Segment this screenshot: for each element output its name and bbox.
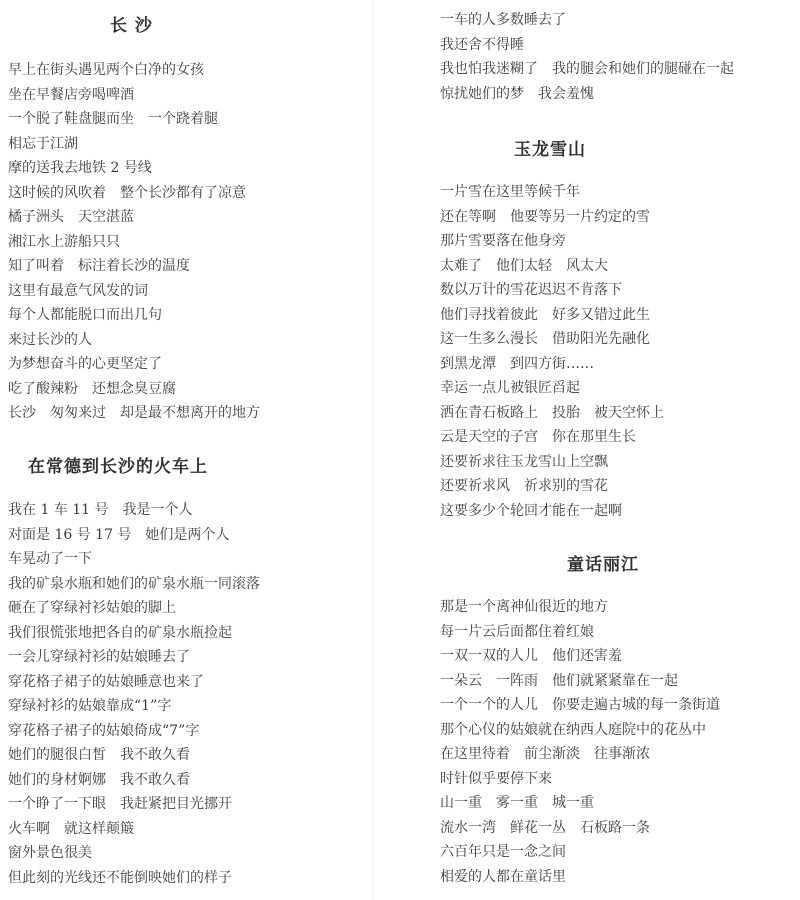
poem-line: 一个睁了一下眼 我赶紧把目光挪开 — [8, 795, 232, 813]
poem-line: 到黑龙潭 到四方街…… — [440, 355, 594, 373]
poem-line: 车晃动了一下 — [8, 550, 92, 568]
poem-line: 洒在青石板路上 投胎 被天空怀上 — [440, 404, 664, 422]
poem-title-changsha: 长 沙 — [110, 11, 153, 36]
poem-line: 惊扰她们的梦 我会羞愧 — [440, 85, 594, 103]
poem-line: 摩的送我去地铁 2 号线 — [8, 159, 152, 177]
poem-line: 这一生多么漫长 借助阳光先融化 — [440, 330, 650, 348]
poem-line: 每一片云后面都住着红娘 — [440, 623, 594, 641]
poem-line: 那片雪要落在他身旁 — [440, 232, 566, 250]
poem-line: 坐在早餐店旁喝啤酒 — [8, 86, 134, 104]
poem-line: 相忘于江湖 — [8, 135, 78, 153]
poem-line: 她们的身材婀娜 我不敢久看 — [8, 771, 190, 789]
poem-line: 太难了 他们太轻 风太大 — [440, 257, 608, 275]
poem-line: 山一重 雾一重 城一重 — [440, 794, 594, 812]
poem-line: 云是天空的子宫 你在那里生长 — [440, 428, 636, 446]
poem-line: 来过长沙的人 — [8, 331, 92, 349]
poem-line: 窗外景色很美 — [8, 844, 92, 862]
poem-line: 一片雪在这里等候千年 — [440, 183, 580, 201]
poem-line: 数以万计的雪花迟迟不肯落下 — [440, 281, 622, 299]
poem-line: 但此刻的光线还不能倒映她们的样子 — [8, 869, 232, 887]
poem-line: 还要祈求往玉龙雪山上空飘 — [440, 453, 608, 471]
poem-line: 一会儿穿绿衬衫的姑娘睡去了 — [8, 648, 190, 666]
poem-line: 一双一双的人儿 他们还害羞 — [440, 647, 622, 665]
poem-line: 我们很慌张地把各自的矿泉水瓶捡起 — [8, 624, 232, 642]
poem-line: 这时候的风吹着 整个长沙都有了凉意 — [8, 184, 246, 202]
poem-line: 那是一个离神仙很近的地方 — [440, 598, 608, 616]
poem-title-train: 在常德到长沙的火车上 — [28, 452, 208, 477]
poem-line: 一朵云 一阵雨 他们就紧紧靠在一起 — [440, 672, 678, 690]
poem-line: 那个心仪的姑娘就在纳西人庭院中的花丛中 — [440, 721, 706, 739]
poem-line: 一车的人多数睡去了 — [440, 11, 566, 29]
poem-line: 还在等啊 他要等另一片约定的雪 — [440, 208, 650, 226]
poem-line: 火车啊 就这样颠簸 — [8, 820, 134, 838]
poem-line: 穿花格子裙子的姑娘睡意也来了 — [8, 673, 204, 691]
poem-line: 早上在街头遇见两个白净的女孩 — [8, 61, 204, 79]
poem-line: 橘子洲头 天空湛蓝 — [8, 208, 134, 226]
poem-line: 知了叫着 标注着长沙的温度 — [8, 257, 190, 275]
poem-line: 我还舍不得睡 — [440, 36, 524, 54]
poem-line: 这要多少个轮回才能在一起啊 — [440, 502, 622, 520]
poem-line: 为梦想奋斗的心更坚定了 — [8, 355, 162, 373]
poem-line: 穿花格子裙子的姑娘倚成“7”字 — [8, 722, 199, 740]
poem-line: 我在 1 车 11 号 我是一个人 — [8, 501, 193, 519]
poem-line: 相爱的人都在童话里 — [440, 868, 566, 886]
poem-line: 这里有最意气风发的词 — [8, 282, 148, 300]
poem-line: 湘江水上游船只只 — [8, 233, 120, 251]
poem-line: 对面是 16 号 17 号 她们是两个人 — [8, 526, 229, 544]
poem-line: 我的矿泉水瓶和她们的矿泉水瓶一同滚落 — [8, 575, 260, 593]
poem-line: 流水一湾 鲜花一丛 石板路一条 — [440, 819, 650, 837]
poem-line: 穿绿衬衫的姑娘靠成“1”字 — [8, 697, 171, 715]
column-divider — [372, 0, 373, 900]
poem-line: 在这里待着 前尘渐淡 往事渐浓 — [440, 745, 650, 763]
poem-title-jade-dragon: 玉龙雪山 — [514, 135, 586, 160]
poem-line: 我也怕我迷糊了 我的腿会和她们的腿碰在一起 — [440, 60, 734, 78]
poem-line: 吃了酸辣粉 还想念臭豆腐 — [8, 380, 176, 398]
poem-line: 每个人都能脱口而出几句 — [8, 306, 162, 324]
poem-line: 她们的腿很白皙 我不敢久看 — [8, 746, 190, 764]
poem-line: 幸运一点儿被银匠舀起 — [440, 379, 580, 397]
poem-title-lijiang: 童话丽江 — [567, 550, 639, 575]
poem-line: 砸在了穿绿衬衫姑娘的脚上 — [8, 599, 176, 617]
poem-line: 一个脱了鞋盘腿而坐 一个跷着腿 — [8, 110, 218, 128]
poem-line: 他们寻找着彼此 好多又错过此生 — [440, 306, 650, 324]
poem-line: 时针似乎要停下来 — [440, 770, 552, 788]
poem-line: 还要祈求风 祈求别的雪花 — [440, 477, 608, 495]
poem-line: 一个一个的人儿 你要走遍古城的每一条街道 — [440, 696, 720, 714]
poem-line: 六百年只是一念之间 — [440, 843, 566, 861]
poem-line: 长沙 匆匆来过 却是最不想离开的地方 — [8, 404, 260, 422]
